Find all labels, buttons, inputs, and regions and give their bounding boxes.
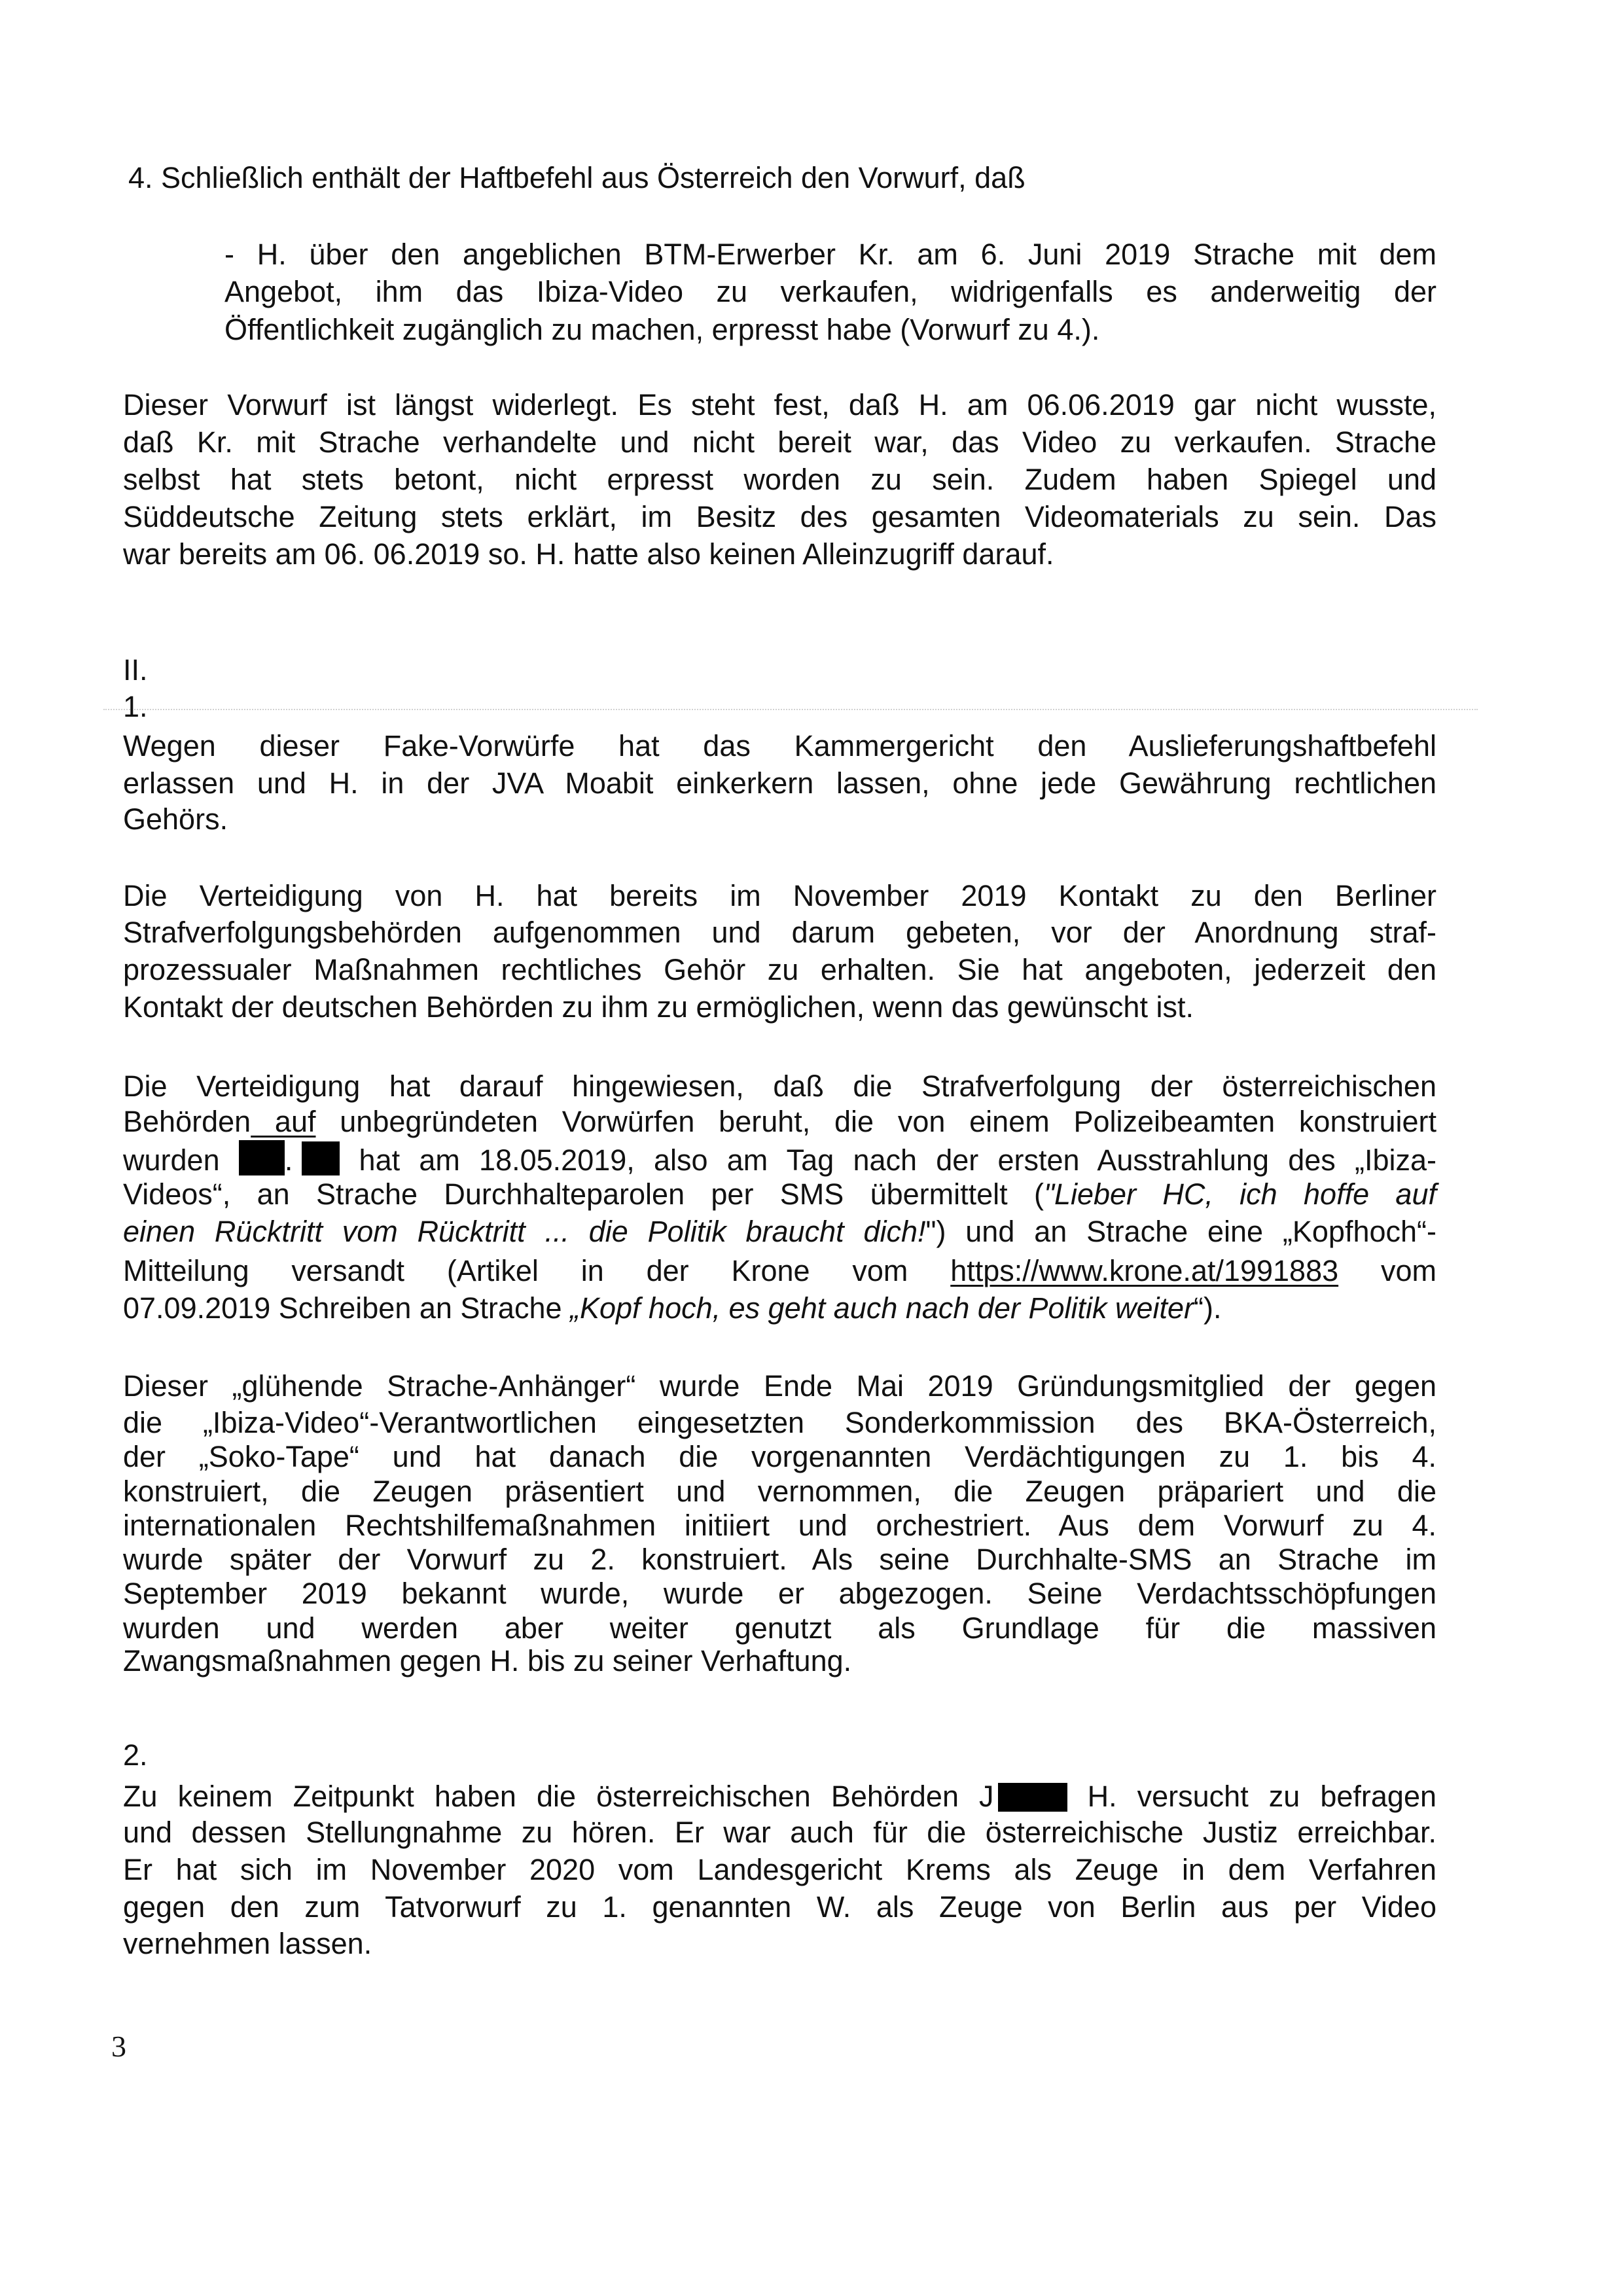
paragraph-line: wurde später der Vorwurf zu 2. konstruie… xyxy=(123,1541,1436,1578)
paragraph-line: wurden . hat am 18.05.2019, also am Tag … xyxy=(123,1140,1436,1177)
subsection-2-label: 2. xyxy=(123,1737,148,1774)
paragraph-line: Strafverfolgungsbehörden aufgenommen und… xyxy=(123,914,1436,951)
redaction-box xyxy=(239,1140,285,1175)
section-4-heading: 4. Schließlich enthält der Haftbefehl au… xyxy=(128,160,1026,196)
krone-article-link[interactable]: https://www.krone.at/1991883 xyxy=(950,1254,1338,1287)
page-number: 3 xyxy=(111,2029,126,2064)
bullet-line: Angebot, ihm das Ibiza-Video zu verkaufe… xyxy=(224,274,1436,310)
paragraph-line: konstruiert, die Zeugen präsentiert und … xyxy=(123,1473,1436,1510)
document-page: 4. Schließlich enthält der Haftbefehl au… xyxy=(0,0,1623,2296)
paragraph-line: einen Rücktritt vom Rücktritt ... die Po… xyxy=(123,1213,1436,1250)
paragraph-line: prozessualer Maßnahmen rechtliches Gehör… xyxy=(123,952,1436,988)
paragraph-line: Er hat sich im November 2020 vom Landesg… xyxy=(123,1852,1436,1888)
section-ii-label: II. xyxy=(123,652,148,689)
paragraph-line: die „Ibiza-Video“-Verantwortlichen einge… xyxy=(123,1405,1436,1441)
paragraph-line: war bereits am 06. 06.2019 so. H. hatte … xyxy=(123,536,1436,573)
paragraph-line: und dessen Stellungnahme zu hören. Er wa… xyxy=(123,1814,1436,1851)
subsection-1-label: 1. xyxy=(123,689,148,725)
paragraph-line: Die Verteidigung hat darauf hingewiesen,… xyxy=(123,1068,1436,1105)
paragraph-line: der „Soko-Tape“ und hat danach die vorge… xyxy=(123,1439,1436,1475)
paragraph-line: daß Kr. mit Strache verhandelte und nich… xyxy=(123,424,1436,461)
bullet-line: Öffentlichkeit zugänglich zu machen, erp… xyxy=(224,312,1436,348)
scan-dotted-artifact xyxy=(103,709,1478,711)
redaction-box xyxy=(998,1783,1067,1812)
paragraph-line: Die Verteidigung von H. hat bereits im N… xyxy=(123,878,1436,914)
paragraph-line: Zu keinem Zeitpunkt haben die österreich… xyxy=(123,1778,1436,1815)
paragraph-line: Wegen dieser Fake-Vorwürfe hat das Kamme… xyxy=(123,728,1436,764)
paragraph-line: gegen den zum Tatvorwurf zu 1. genannten… xyxy=(123,1889,1436,1926)
paragraph-line: Mitteilung versandt (Artikel in der Kron… xyxy=(123,1253,1436,1289)
paragraph-line: Gehörs. xyxy=(123,801,1436,838)
paragraph-line: September 2019 bekannt wurde, wurde er a… xyxy=(123,1575,1436,1612)
redaction-box xyxy=(302,1141,340,1175)
paragraph-line: Dieser „glühende Strache-Anhänger“ wurde… xyxy=(123,1368,1436,1405)
paragraph-line: Dieser Vorwurf ist längst widerlegt. Es … xyxy=(123,387,1436,423)
paragraph-line: Behörden auf unbegründeten Vorwürfen ber… xyxy=(123,1103,1436,1140)
paragraph-line: erlassen und H. in der JVA Moabit einker… xyxy=(123,765,1436,802)
paragraph-line: vernehmen lassen. xyxy=(123,1926,1436,1962)
paragraph-line: 07.09.2019 Schreiben an Strache „Kopf ho… xyxy=(123,1290,1436,1327)
paragraph-line: Kontakt der deutschen Behörden zu ihm zu… xyxy=(123,989,1436,1026)
paragraph-line: Zwangsmaßnahmen gegen H. bis zu seiner V… xyxy=(123,1643,1436,1679)
paragraph-line: internationalen Rechtshilfemaßnahmen ini… xyxy=(123,1507,1436,1544)
paragraph-line: wurden und werden aber weiter genutzt al… xyxy=(123,1610,1436,1647)
underlined-word: auf xyxy=(251,1105,315,1138)
paragraph-line: selbst hat stets betont, nicht erpresst … xyxy=(123,461,1436,498)
paragraph-line: Videos“, an Strache Durchhalteparolen pe… xyxy=(123,1176,1436,1213)
bullet-line: - H. über den angeblichen BTM-Erwerber K… xyxy=(224,236,1436,273)
paragraph-line: Süddeutsche Zeitung stets erklärt, im Be… xyxy=(123,499,1436,535)
